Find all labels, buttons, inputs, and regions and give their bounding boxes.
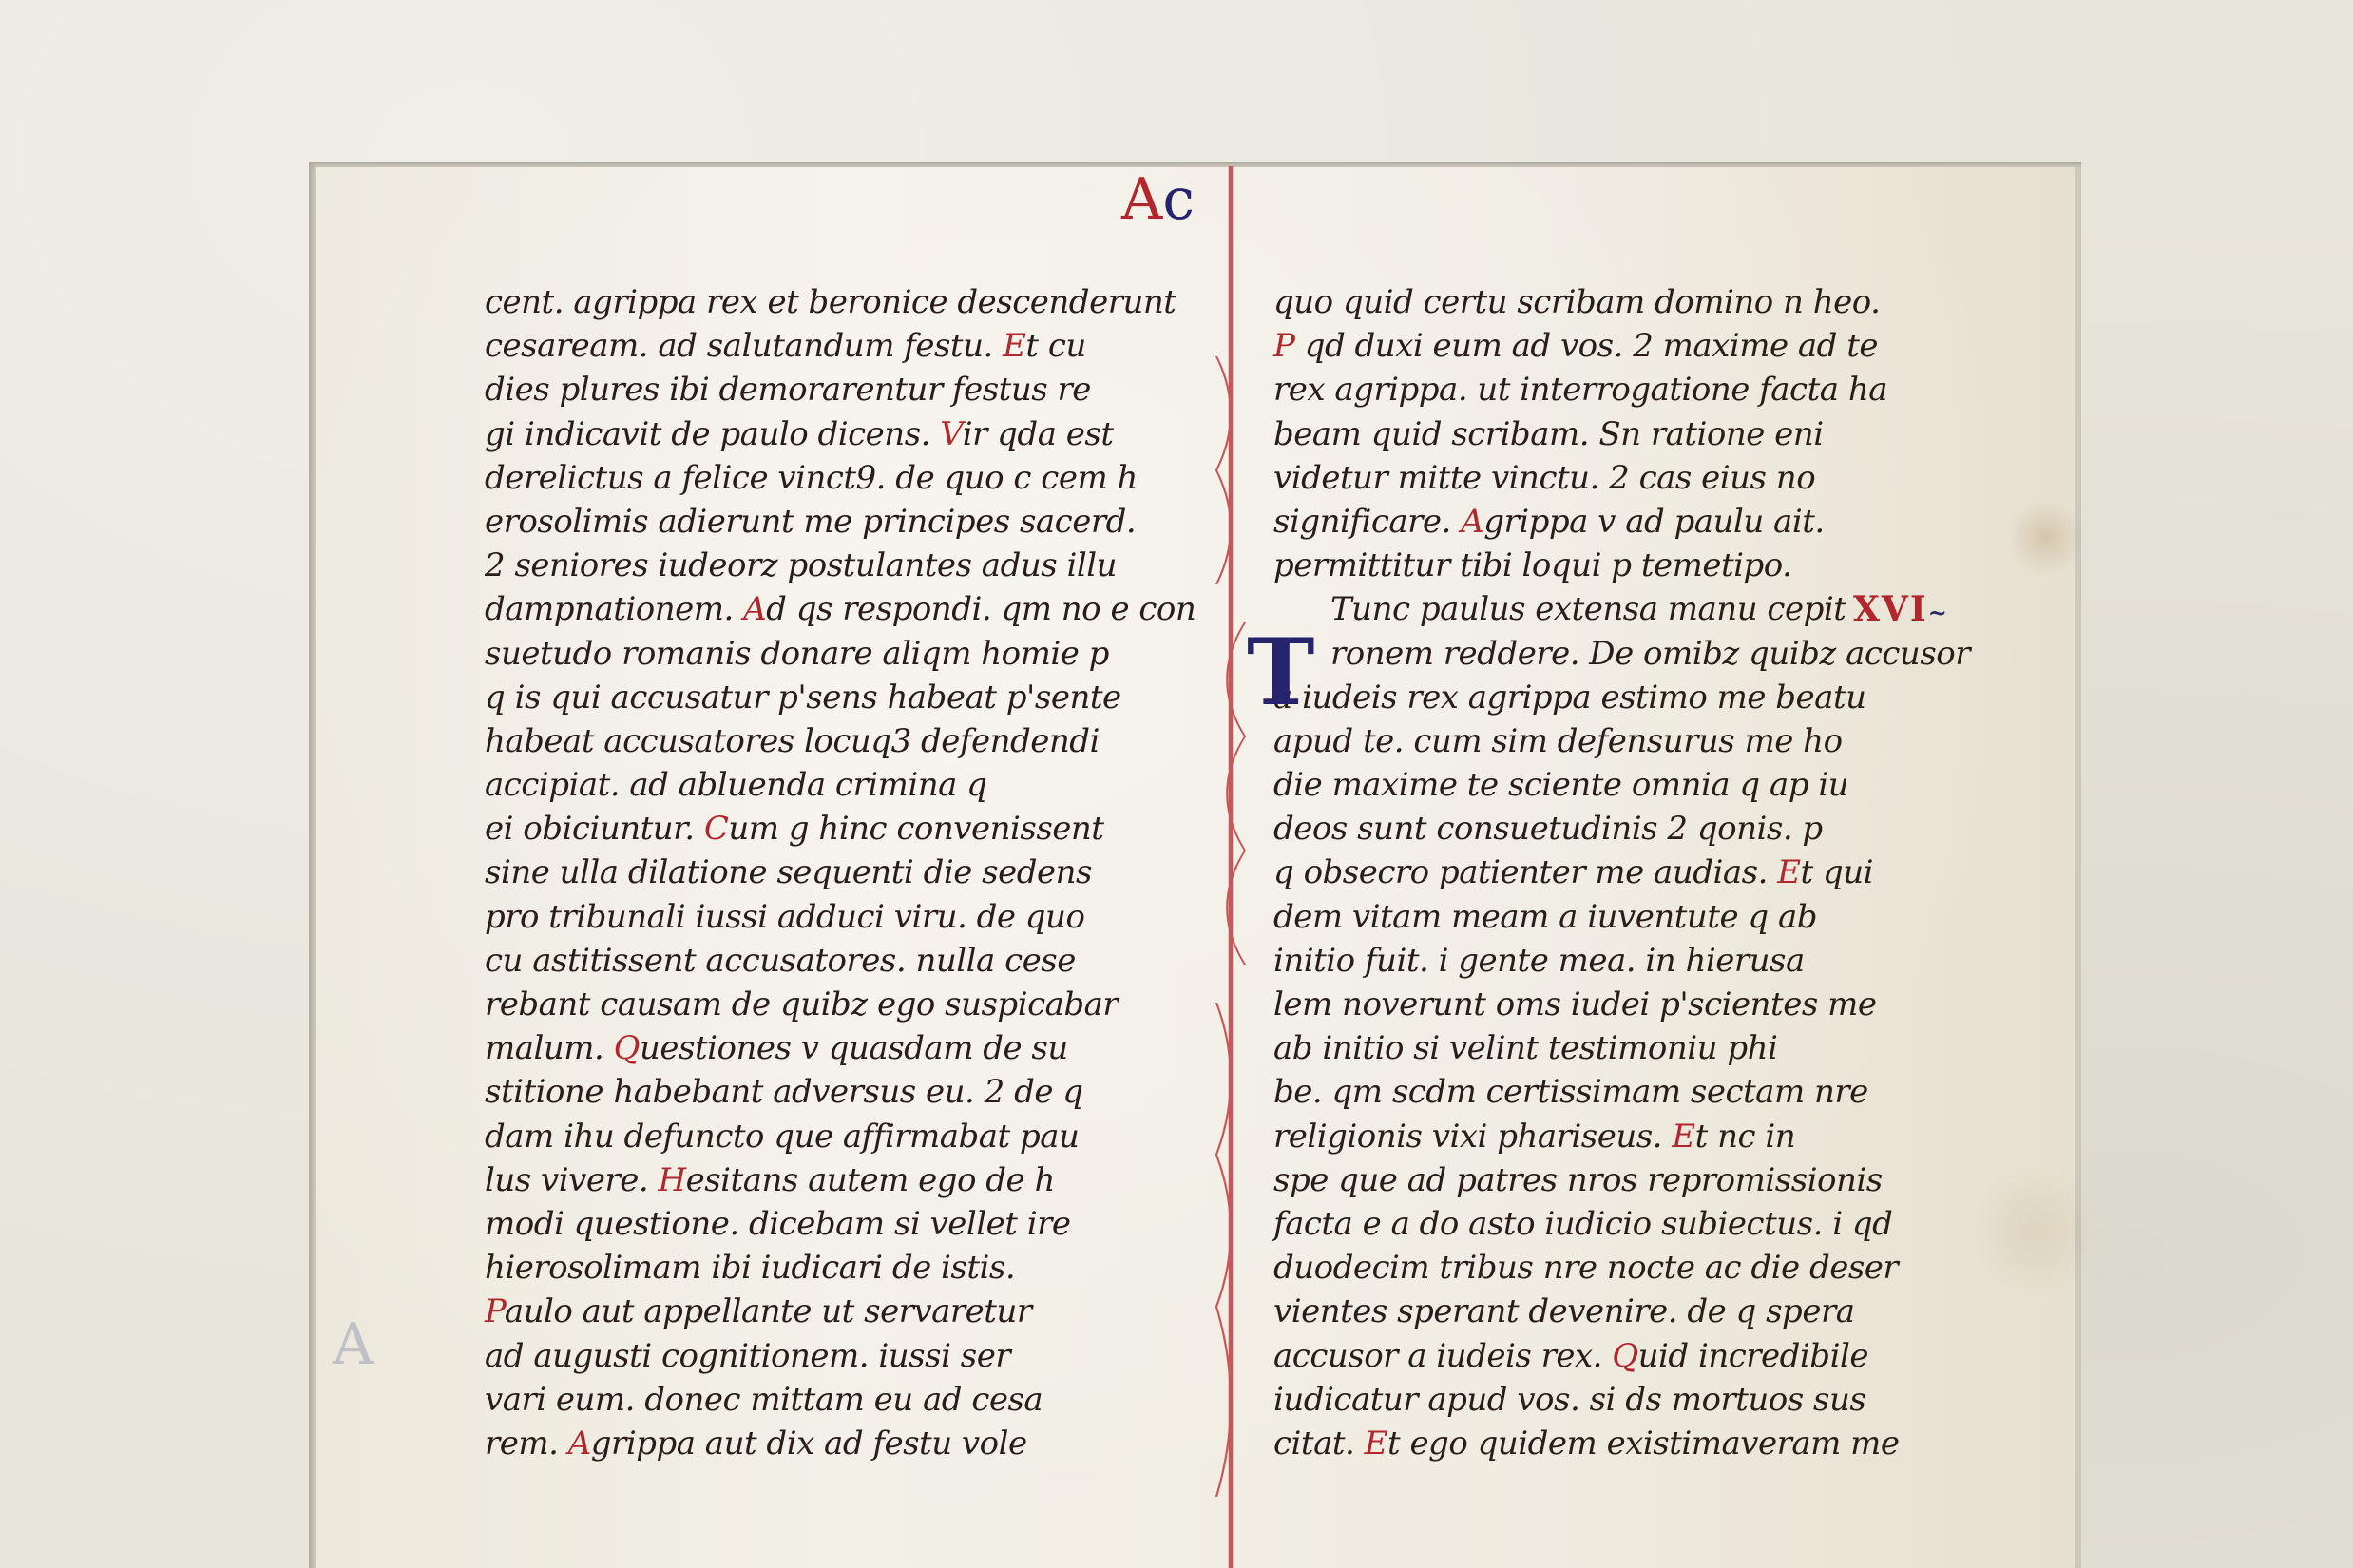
- rubricated-letter: E: [1003, 327, 1025, 365]
- text-line: apud te. cum sim defensurus me ho: [1273, 719, 1958, 763]
- rubricated-letter: A: [743, 590, 766, 628]
- right-text-column: quo quid certu scribam domino n heo. P q…: [1273, 280, 1958, 1465]
- text-line: ad augusti cognitionem. iussi ser: [485, 1334, 1169, 1378]
- decorative-border-vine: [1202, 166, 1259, 1568]
- text-line: accipiat. ad abluenda crimina q: [485, 763, 1169, 807]
- text-line: rebant causam de quibz ego suspicabar: [485, 983, 1169, 1026]
- rubricated-letter: C: [704, 810, 729, 848]
- illuminated-initial: T: [1247, 627, 1313, 718]
- foxing-stain: [1970, 1165, 2103, 1298]
- text-line: lus vivere. Hesitans autem ego de h: [485, 1158, 1169, 1202]
- text-line: dampnationem. Ad qs respondi. qm no e co…: [485, 587, 1169, 631]
- text-line: vari eum. donec mittam eu ad cesa: [485, 1378, 1169, 1422]
- rubricated-letter: P: [1273, 327, 1294, 365]
- text-line: beam quid scribam. Sn ratione eni: [1273, 412, 1958, 456]
- chapter-number-rubric: XVI~: [1853, 589, 1949, 629]
- text-line: accusor a iudeis rex. Quid incredibile: [1273, 1334, 1958, 1378]
- text-line: erosolimis adierunt me principes sacerd.: [485, 500, 1169, 544]
- text-line: suetudo romanis donare aliqm homie p: [485, 632, 1169, 676]
- text-line: sine ulla dilatione sequenti die sedens: [485, 851, 1169, 894]
- text-line: P qd duxi eum ad vos. 2 maxime ad te: [1273, 324, 1958, 368]
- text-line: quo quid certu scribam domino n heo.: [1273, 280, 1958, 324]
- text-line: cent. agrippa rex et beronice descenderu…: [485, 280, 1169, 324]
- text-line: permittitur tibi loqui p temetipo.: [1273, 544, 1958, 587]
- text-line: duodecim tribus nre nocte ac die deser: [1273, 1246, 1958, 1290]
- text-line: citat. Et ego quidem existimaveram me: [1273, 1422, 1958, 1465]
- text-line: Paulo aut appellante ut servaretur: [485, 1290, 1169, 1333]
- rubricated-letter: E: [1672, 1118, 1694, 1156]
- rubricated-letter: E: [1777, 853, 1800, 891]
- text-line: cesaream. ad salutandum festu. Et cu: [485, 324, 1169, 368]
- text-line: dam ihu defuncto que affirmabat pau: [485, 1115, 1169, 1158]
- text-line: ronem reddere. De omibz quibz accusor: [1273, 632, 1958, 676]
- text-line: q is qui accusatur p'sens habeat p'sente: [485, 676, 1169, 719]
- text-line: dem vitam meam a iuventute q ab: [1273, 895, 1958, 939]
- text-line: q obsecro patienter me audias. Et qui: [1273, 851, 1958, 894]
- rubricated-letter: P: [485, 1292, 505, 1330]
- left-text-column: cent. agrippa rex et beronice descenderu…: [485, 280, 1169, 1465]
- text-line: cu astitissent accusatores. nulla cese: [485, 939, 1169, 983]
- text-line: hierosolimam ibi iudicari de istis.: [485, 1246, 1169, 1290]
- text-line: pro tribunali iussi adduci viru. de quo: [485, 895, 1169, 939]
- rubricated-letter: H: [658, 1161, 685, 1199]
- text-line: malum. Questiones v quasdam de su: [485, 1026, 1169, 1070]
- text-line: rem. Agrippa aut dix ad festu vole: [485, 1422, 1169, 1465]
- text-line: significare. Agrippa v ad paulu ait.: [1273, 500, 1958, 544]
- text-line: ab initio si velint testimoniu phi: [1273, 1026, 1958, 1070]
- text-line: iudicatur apud vos. si ds mortuos sus: [1273, 1378, 1958, 1422]
- text-line: be. qm scdm certissimam sectam nre: [1273, 1070, 1958, 1114]
- foxing-stain: [2008, 500, 2084, 576]
- text-line: ei obiciuntur. Cum g hinc convenissent: [485, 807, 1169, 851]
- text-line: dies plures ibi demorarentur festus re: [485, 368, 1169, 411]
- text-line: lem noverunt oms iudei p'scientes me: [1273, 983, 1958, 1026]
- text-line: a iudeis rex agrippa estimo me beatu: [1273, 676, 1958, 719]
- text-line: spe que ad patres nros repromissionis: [1273, 1158, 1958, 1202]
- text-line: habeat accusatores locuq3 defendendi: [485, 719, 1169, 763]
- text-line: initio fuit. i gente mea. in hierusa: [1273, 939, 1958, 983]
- rubricated-letter: E: [1365, 1425, 1387, 1463]
- text-line: rex agrippa. ut interrogatione facta ha: [1273, 368, 1958, 411]
- text-line: modi questione. dicebam si vellet ire: [485, 1202, 1169, 1246]
- text-line: religionis vixi phariseus. Et nc in: [1273, 1115, 1958, 1158]
- ink-offset-ghost: A: [333, 1311, 373, 1378]
- text-line: gi indicavit de paulo dicens. Vir qda es…: [485, 412, 1169, 456]
- text-line: vientes sperant devenire. de q spera: [1273, 1290, 1958, 1333]
- running-head: Ac: [1121, 166, 1195, 233]
- text-line: 2 seniores iudeorz postulantes adus illu: [485, 544, 1169, 587]
- rubricated-letter: A: [1461, 503, 1483, 541]
- text-line: facta e a do asto iudicio subiectus. i q…: [1273, 1202, 1958, 1246]
- text-line: derelictus a felice vinct9. de quo c cem…: [485, 456, 1169, 500]
- text-line: stitione habebant adversus eu. 2 de q: [485, 1070, 1169, 1114]
- rubricated-letter: Q: [1612, 1337, 1637, 1375]
- text-line: die maxime te sciente omnia q ap iu: [1273, 763, 1958, 807]
- rubricated-letter: V: [940, 415, 962, 453]
- text-line: videtur mitte vinctu. 2 cas eius no: [1273, 456, 1958, 500]
- text-line: deos sunt consuetudinis 2 qonis. p: [1273, 807, 1958, 851]
- rubricated-letter: A: [568, 1425, 591, 1463]
- rubricated-letter: Q: [614, 1029, 640, 1067]
